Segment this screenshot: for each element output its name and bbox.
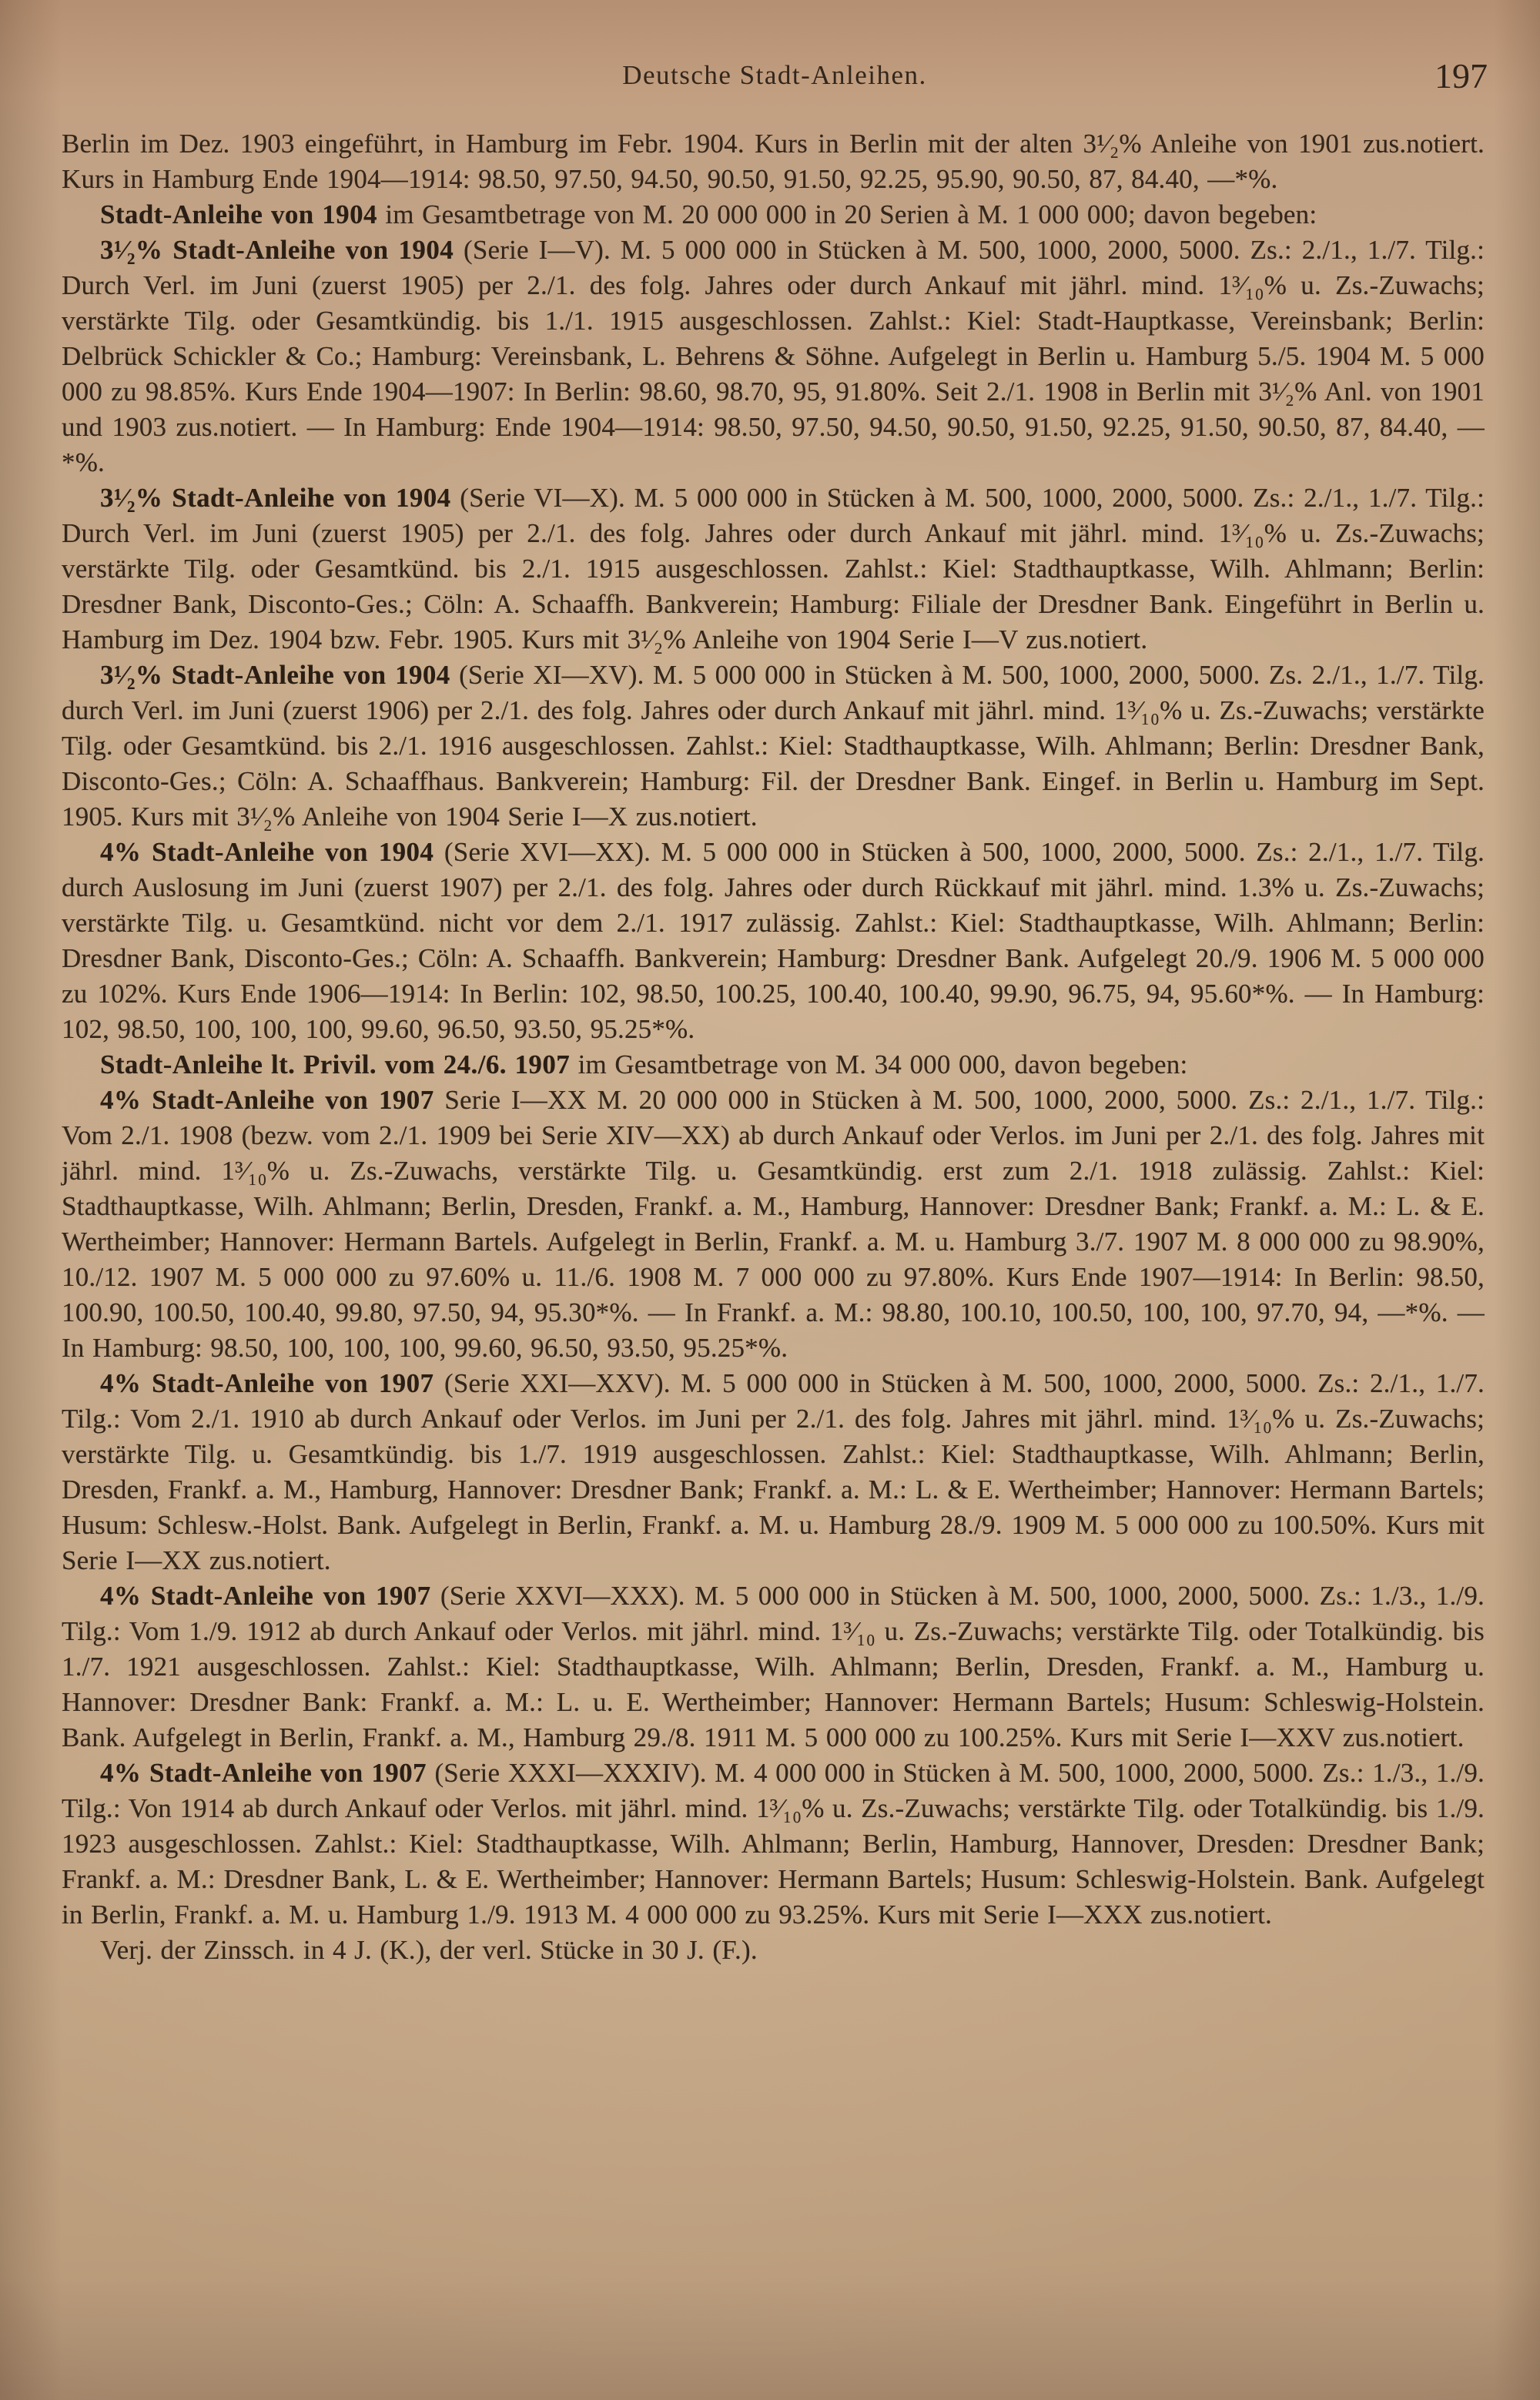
paragraph: Verj. der Zinssch. in 4 J. (K.), der ver… (62, 1933, 1485, 1968)
bond-heading: 4% Stadt-Anleihe von 1904 (100, 837, 434, 867)
body-text: Berlin im Dez. 1903 eingeführt, in Hambu… (62, 126, 1485, 1968)
paragraph: 3¹⁄₂% Stadt-Anleihe von 1904 (Serie VI—X… (62, 480, 1485, 658)
bond-heading: Stadt-Anleihe von 1904 (100, 199, 377, 229)
paragraph: Stadt-Anleihe lt. Privil. vom 24./6. 190… (62, 1047, 1485, 1083)
page-number: 197 (1435, 55, 1488, 96)
paragraph: 4% Stadt-Anleihe von 1907 (Serie XXI—XXV… (62, 1366, 1485, 1578)
bond-heading: 3¹⁄₂% Stadt-Anleihe von 1904 (100, 483, 451, 513)
bond-heading: 3¹⁄₂% Stadt-Anleihe von 1904 (100, 235, 454, 265)
bond-heading: 4% Stadt-Anleihe von 1907 (100, 1085, 434, 1115)
page-header: Deutsche Stadt-Anleihen. 197 (62, 60, 1488, 106)
bond-heading: 3¹⁄₂% Stadt-Anleihe von 1904 (100, 660, 450, 690)
bond-heading: 4% Stadt-Anleihe von 1907 (100, 1758, 427, 1788)
paragraph: 3¹⁄₂% Stadt-Anleihe von 1904 (Serie I—V)… (62, 233, 1485, 480)
scanned-book-page: { "header": { "title": "Deutsche Stadt-A… (0, 0, 1540, 2400)
bond-heading: 4% Stadt-Anleihe von 1907 (100, 1581, 431, 1611)
running-title: Deutsche Stadt-Anleihen. (62, 60, 1488, 91)
paragraph: 4% Stadt-Anleihe von 1904 (Serie XVI—XX)… (62, 835, 1485, 1047)
paragraph: Stadt-Anleihe von 1904 im Gesamtbetrage … (62, 197, 1485, 233)
paragraph: 4% Stadt-Anleihe von 1907 (Serie XXXI—XX… (62, 1756, 1485, 1933)
paragraph: 3¹⁄₂% Stadt-Anleihe von 1904 (Serie XI—X… (62, 658, 1485, 835)
paragraph: 4% Stadt-Anleihe von 1907 (Serie XXVI—XX… (62, 1578, 1485, 1756)
bond-heading: Stadt-Anleihe lt. Privil. vom 24./6. 190… (100, 1049, 570, 1079)
paragraph: 4% Stadt-Anleihe von 1907 Serie I—XX M. … (62, 1083, 1485, 1366)
paragraph: Berlin im Dez. 1903 eingeführt, in Hambu… (62, 126, 1485, 197)
bond-heading: 4% Stadt-Anleihe von 1907 (100, 1368, 434, 1398)
